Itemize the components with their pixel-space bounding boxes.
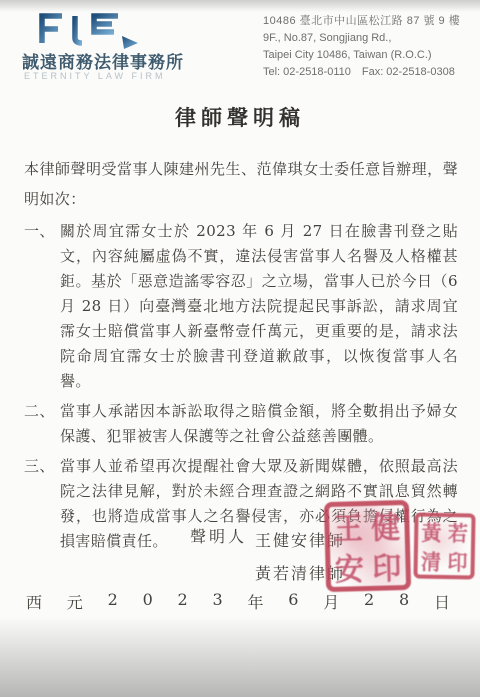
seal-char: 若 [448, 516, 469, 547]
lawyer-seal-2-icon: 黃 若 清 印 [413, 512, 475, 579]
seal-char: 健 [371, 504, 401, 548]
item-number: 二、 [24, 399, 60, 449]
address-line-en-1: 9F., No.87, Songjiang Rd., [263, 30, 468, 47]
date-token: 2 [364, 590, 374, 613]
date-token: 元 [67, 590, 83, 613]
date-token: 8 [399, 590, 409, 613]
date-token: 西 [26, 590, 42, 613]
date-token: 6 [288, 590, 298, 613]
declarant-label: 聲明人 [190, 524, 247, 547]
date-token: 2 [178, 590, 188, 613]
date-token: 年 [247, 590, 263, 613]
seal-char: 王 [333, 505, 363, 549]
address-line-tel-fax: Tel: 02-2518-0110 Fax: 02-2518-0308 [263, 64, 468, 81]
lawyer-statement-document: 誠遠商務法律事務所 ETERNITY LAW FIRM 10486 臺北市中山區… [0, 0, 480, 697]
seal-char: 清 [421, 545, 442, 576]
page-title: 律師聲明稿 [0, 102, 480, 132]
seal-char: 印 [447, 545, 468, 576]
statement-body: 本律師聲明受當事人陳建州先生、范偉琪女士委任意旨辦理，聲明如次： 一、 關於周宜… [24, 154, 458, 554]
date-line: 西 元 2 0 2 3 年 6 月 2 8 日 [26, 590, 450, 613]
address-line-zh: 10486 臺北市中山區松江路 87 號 9 樓 [263, 13, 468, 30]
top-edge-shadow [0, 0, 480, 12]
seal-char: 安 [334, 546, 364, 590]
statement-item-1: 一、 關於周宜霈女士於 2023 年 6 月 27 日在臉書刊登之貼文，內容純屬… [24, 219, 458, 394]
seal-char: 黃 [421, 516, 442, 547]
date-token: 3 [213, 590, 223, 613]
address-block: 10486 臺北市中山區松江路 87 號 9 樓 9F., No.87, Son… [263, 13, 468, 81]
lawyer-seal-1-icon: 王 健 安 印 [324, 500, 411, 592]
firm-name-zh: 誠遠商務法律事務所 [22, 48, 192, 73]
date-token: 月 [323, 590, 339, 613]
item-text: 關於周宜霈女士於 2023 年 6 月 27 日在臉書刊登之貼文，內容純屬虛偽不… [60, 219, 458, 394]
item-text: 當事人承諾因本訴訟取得之賠償金額，將全數捐出予婦女保護、犯罪被害人保護等之社會公… [60, 399, 458, 449]
firm-name-en: ETERNITY LAW FIRM [24, 71, 166, 81]
address-line-en-2: Taipei City 10486, Taiwan (R.O.C.) [263, 47, 468, 64]
bottom-edge-shadow [0, 617, 480, 697]
date-token: 日 [434, 590, 450, 613]
item-number: 一、 [24, 219, 60, 394]
intro-paragraph: 本律師聲明受當事人陳建州先生、范偉琪女士委任意旨辦理，聲明如次： [24, 154, 458, 214]
item-number: 三、 [24, 454, 60, 554]
date-token: 2 [108, 590, 118, 613]
date-token: 0 [143, 590, 153, 613]
statement-item-2: 二、 當事人承諾因本訴訟取得之賠償金額，將全數捐出予婦女保護、犯罪被害人保護等之… [24, 399, 458, 449]
seal-char: 印 [372, 545, 402, 589]
